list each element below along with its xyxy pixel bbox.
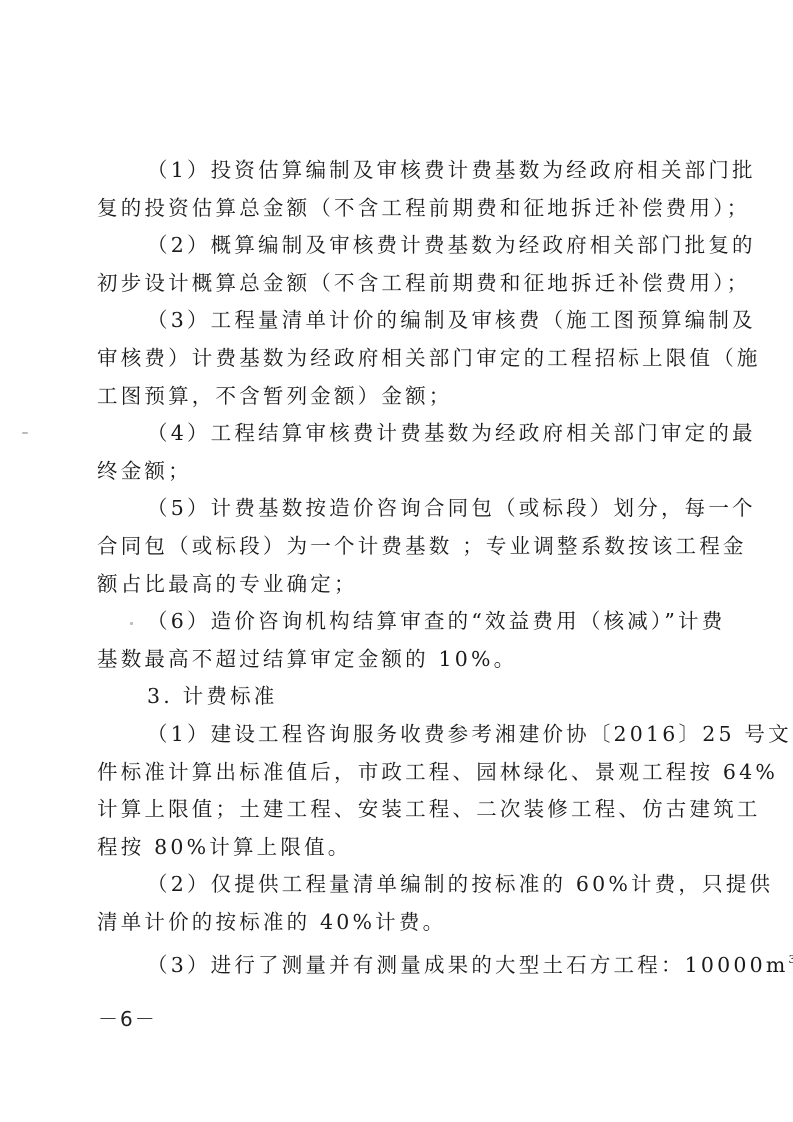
paragraph-line: （3）进行了测量并有测量成果的大型土石方工程：10000m3 [97,941,687,979]
paragraph-line: 工图预算，不含暂列金额）金额； [97,378,687,416]
paragraph-line: 终金额； [97,453,687,491]
paragraph-line: 复的投资估算总金额（不含工程前期费和征地拆迁补偿费用）； [97,190,687,228]
line-text: （3）进行了测量并有测量成果的大型土石方工程：10000m [147,953,789,977]
paragraph-line: （1）建设工程咨询服务收费参考湘建价协〔2016〕25 号文 [97,716,687,754]
paragraph-line: （3）工程量清单计价的编制及审核费（施工图预算编制及 [97,302,687,340]
paragraph-line: （4）工程结算审核费计费基数为经政府相关部门审定的最 [97,415,687,453]
body-text: （1）投资估算编制及审核费计费基数为经政府相关部门批 复的投资估算总金额（不含工… [97,152,687,979]
scan-speck [22,432,28,434]
paragraph-line: （5）计费基数按造价咨询合同包（或标段）划分，每一个 [97,490,687,528]
paragraph-line: 合同包（或标段）为一个计费基数 ；专业调整系数按该工程金 [97,528,687,566]
paragraph-line: （2）仅提供工程量清单编制的按标准的 60%计费，只提供 [97,866,687,904]
paragraph-line: 初步设计概算总金额（不含工程前期费和征地拆迁补偿费用）； [97,265,687,303]
document-page: （1）投资估算编制及审核费计费基数为经政府相关部门批 复的投资估算总金额（不含工… [0,0,793,1122]
paragraph-line: 计算上限值；土建工程、安装工程、二次装修工程、仿古建筑工 [97,791,687,829]
superscript: 3 [789,953,793,966]
paragraph-line: 程按 80%计算上限值。 [97,829,687,867]
paragraph-line: 审核费）计费基数为经政府相关部门审定的工程招标上限值（施 [97,340,687,378]
section-heading: 3. 计费标准 [97,678,687,716]
paragraph-line: 基数最高不超过结算审定金额的 10%。 [97,641,687,679]
paragraph-line: （1）投资估算编制及审核费计费基数为经政府相关部门批 [97,152,687,190]
page-number: －6－ [98,1003,157,1032]
paragraph-line: （2）概算编制及审核费计费基数为经政府相关部门批复的 [97,227,687,265]
paragraph-line: （6）造价咨询机构结算审查的“效益费用（核减）”计费 [97,603,687,641]
paragraph-line: 清单计价的按标准的 40%计费。 [97,904,687,942]
paragraph-line: 件标准计算出标准值后，市政工程、园林绿化、景观工程按 64% [97,754,687,792]
paragraph-line: 额占比最高的专业确定； [97,566,687,604]
